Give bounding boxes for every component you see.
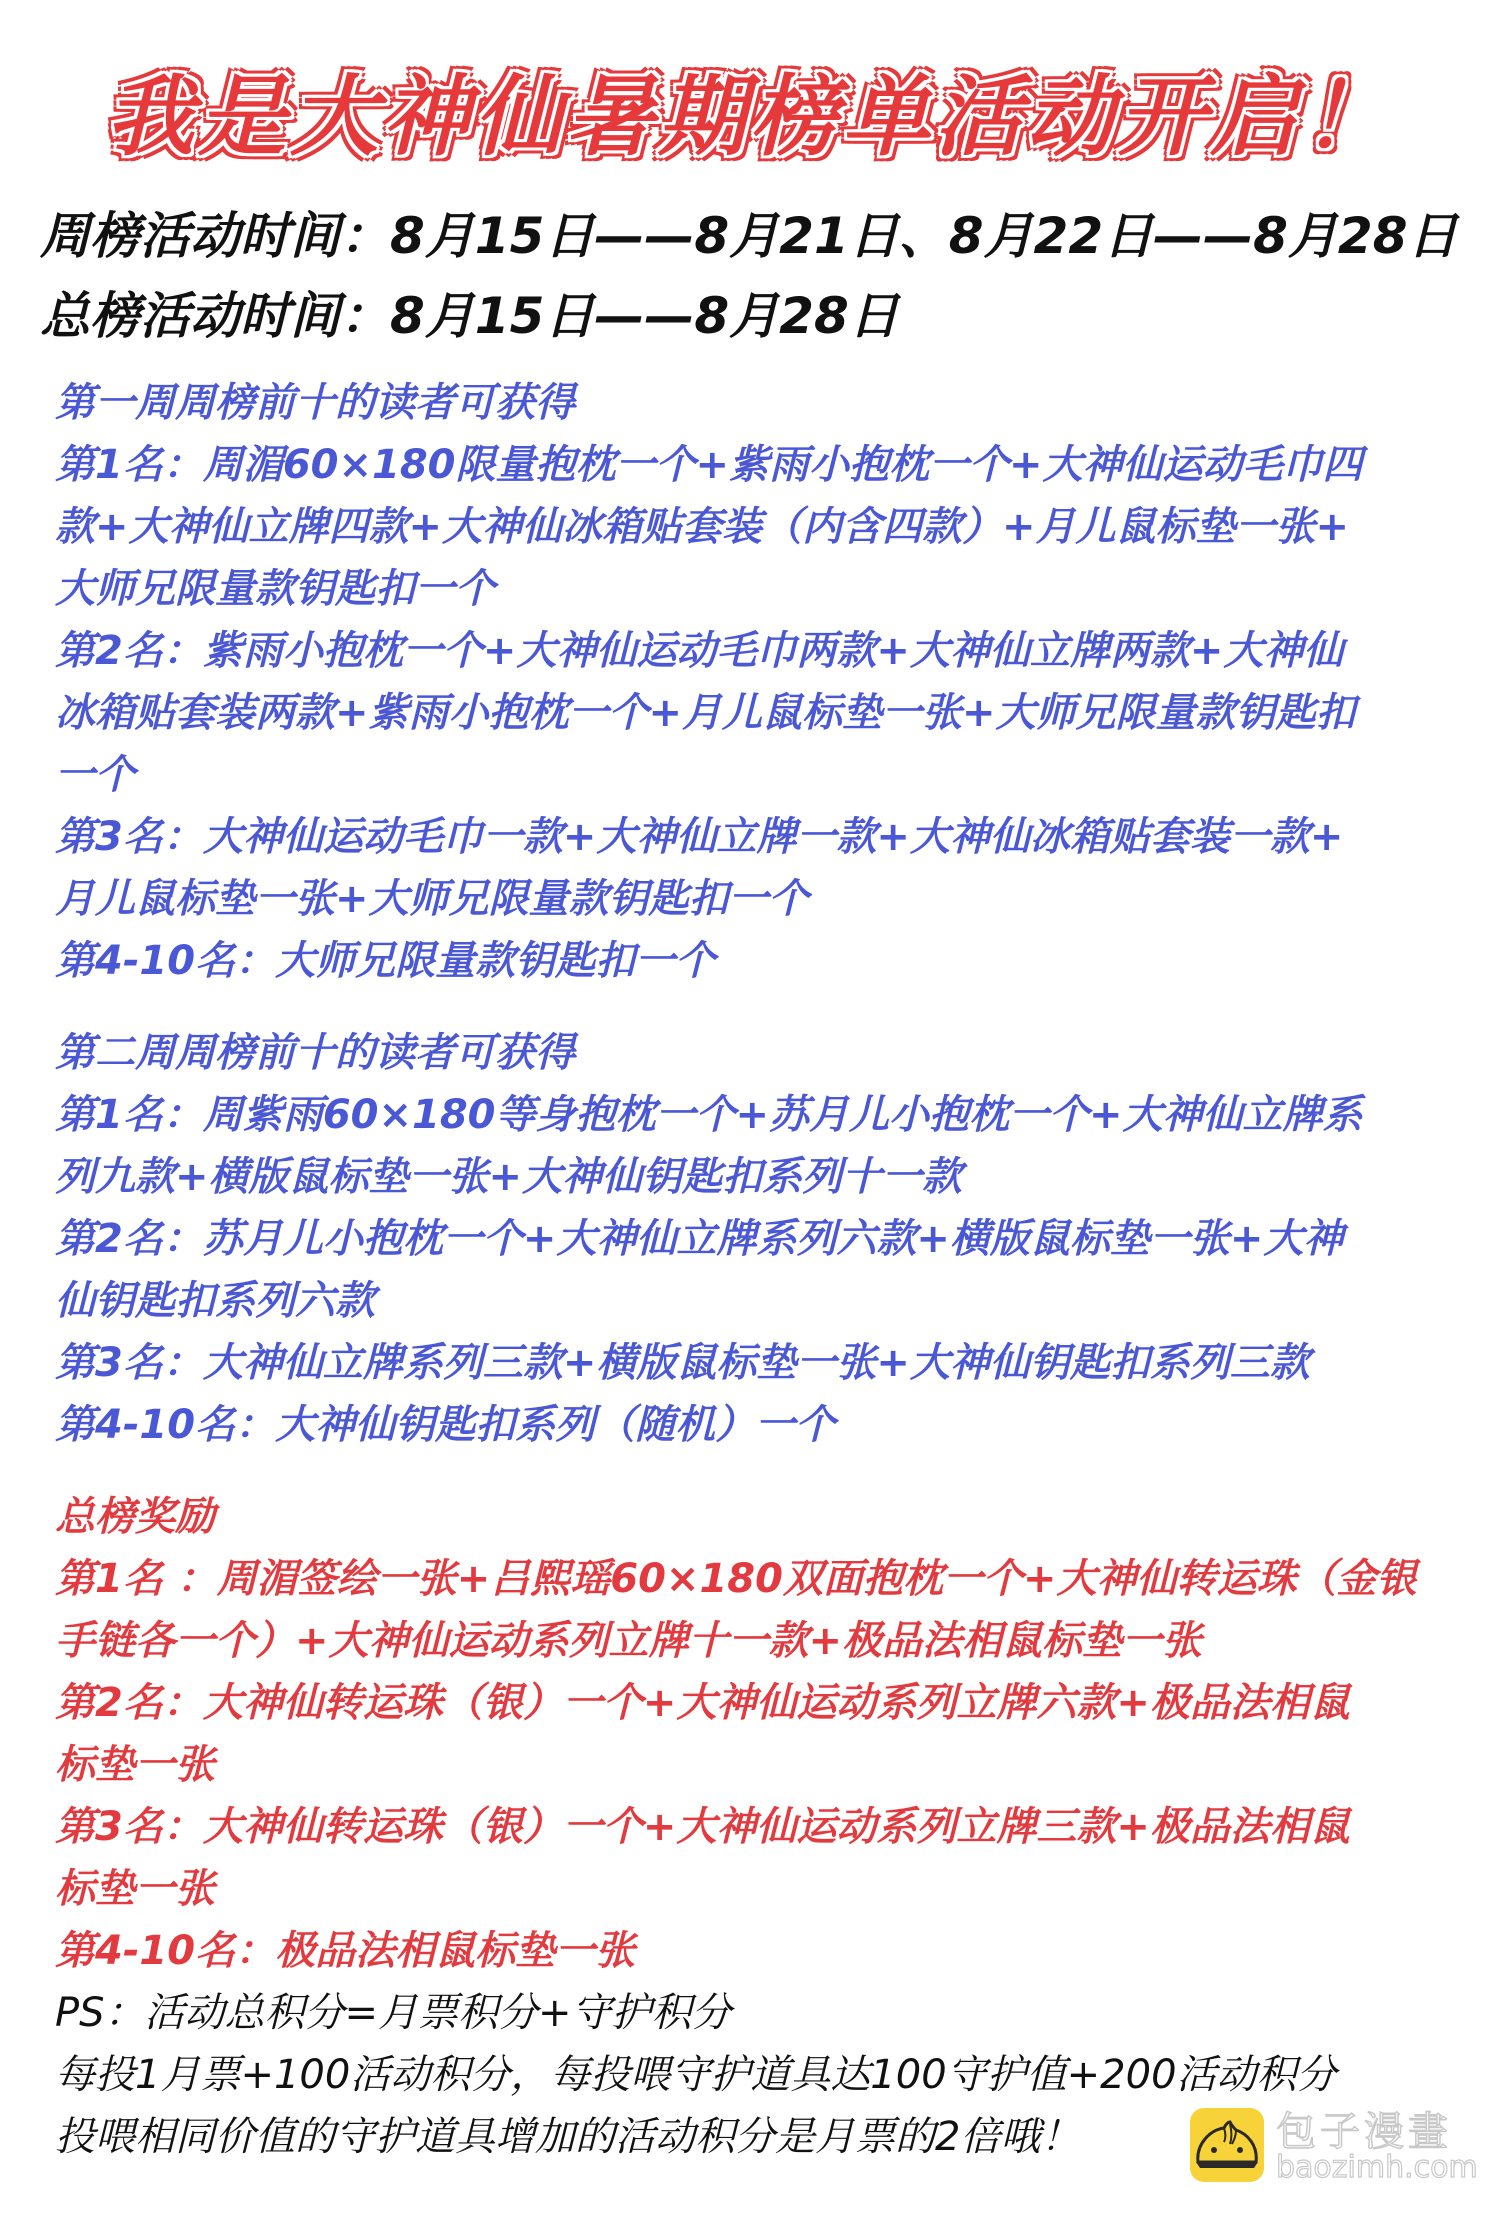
week1-heading: 第一周周榜前十的读者可获得 [55,372,1475,434]
week1-rank1-cont: 款+大神仙立牌四款+大神仙冰箱贴套装（内含四款）+月儿鼠标垫一张+ [55,496,1475,558]
week2-rank3: 第3名：大神仙立牌系列三款+横版鼠标垫一张+大神仙钥匙扣系列三款 [55,1332,1475,1394]
watermark-name: 包子漫畫 [1276,2110,1452,2154]
overall-heading: 总榜奖励 [55,1486,1475,1548]
overall-rank1-cont: 手链各一个）+大神仙运动系列立牌十一款+极品法相鼠标垫一张 [55,1610,1475,1672]
week1-rank2-cont: 冰箱贴套装两款+紫雨小抱枕一个+月儿鼠标垫一张+大师兄限量款钥匙扣 [55,682,1475,744]
bun-face-icon [1190,2108,1264,2182]
overall-rank2-cont: 标垫一张 [55,1734,1475,1796]
week1-rank4-10: 第4-10名：大师兄限量款钥匙扣一个 [55,930,1475,992]
week1-rank1: 第1名：周湄60×180限量抱枕一个+紫雨小抱枕一个+大神仙运动毛巾四 [55,434,1475,496]
ps-points-rule: 每投1月票+100活动积分，每投喂守护道具达100守护值+200活动积分 [55,2044,1475,2106]
week2-heading: 第二周周榜前十的读者可获得 [55,1022,1475,1084]
week1-rank2-cont: 一个 [55,744,1475,806]
overall-rank3-cont: 标垫一张 [55,1858,1475,1920]
week1-rank3-cont: 月儿鼠标垫一张+大师兄限量款钥匙扣一个 [55,868,1475,930]
overall-rewards: 总榜奖励 第1名 ：周湄签绘一张+吕熙瑶60×180双面抱枕一个+大神仙转运珠（… [55,1486,1475,1982]
week2-rank1: 第1名：周紫雨60×180等身抱枕一个+苏月儿小抱枕一个+大神仙立牌系 [55,1084,1475,1146]
weekly-date-range: 周榜活动时间：8月15日——8月21日、8月22日——8月28日 [40,196,1480,276]
week1-rank1-cont: 大师兄限量款钥匙扣一个 [55,558,1475,620]
week1-rank2: 第2名：紫雨小抱枕一个+大神仙运动毛巾两款+大神仙立牌两款+大神仙 [55,620,1475,682]
week2-rank1-cont: 列九款+横版鼠标垫一张+大神仙钥匙扣系列十一款 [55,1146,1475,1208]
overall-rank3: 第3名：大神仙转运珠（银）一个+大神仙运动系列立牌三款+极品法相鼠 [55,1796,1475,1858]
overall-rank2: 第2名：大神仙转运珠（银）一个+大神仙运动系列立牌六款+极品法相鼠 [55,1672,1475,1734]
rewards-content: 第一周周榜前十的读者可获得 第1名：周湄60×180限量抱枕一个+紫雨小抱枕一个… [55,372,1475,2168]
page-title: 我是大神仙暑期榜单活动开启！ [0,62,1500,172]
ps-formula: PS：活动总积分=月票积分+守护积分 [55,1982,1475,2044]
overall-rank1: 第1名 ：周湄签绘一张+吕熙瑶60×180双面抱枕一个+大神仙转运珠（金银 [55,1548,1475,1610]
overall-rank4-10: 第4-10名：极品法相鼠标垫一张 [55,1920,1475,1982]
watermark: 包子漫畫 baozimh.com [1190,2108,1490,2188]
week1-rank3: 第3名：大神仙运动毛巾一款+大神仙立牌一款+大神仙冰箱贴套装一款+ [55,806,1475,868]
event-dates: 周榜活动时间：8月15日——8月21日、8月22日——8月28日 总榜活动时间：… [40,196,1480,356]
week2-rewards: 第二周周榜前十的读者可获得 第1名：周紫雨60×180等身抱枕一个+苏月儿小抱枕… [55,1022,1475,1456]
week1-rewards: 第一周周榜前十的读者可获得 第1名：周湄60×180限量抱枕一个+紫雨小抱枕一个… [55,372,1475,992]
overall-date-range: 总榜活动时间：8月15日——8月28日 [40,276,1480,356]
week2-rank2: 第2名：苏月儿小抱枕一个+大神仙立牌系列六款+横版鼠标垫一张+大神 [55,1208,1475,1270]
watermark-url: baozimh.com [1276,2152,1478,2184]
week2-rank2-cont: 仙钥匙扣系列六款 [55,1270,1475,1332]
week2-rank4-10: 第4-10名：大神仙钥匙扣系列（随机）一个 [55,1394,1475,1456]
